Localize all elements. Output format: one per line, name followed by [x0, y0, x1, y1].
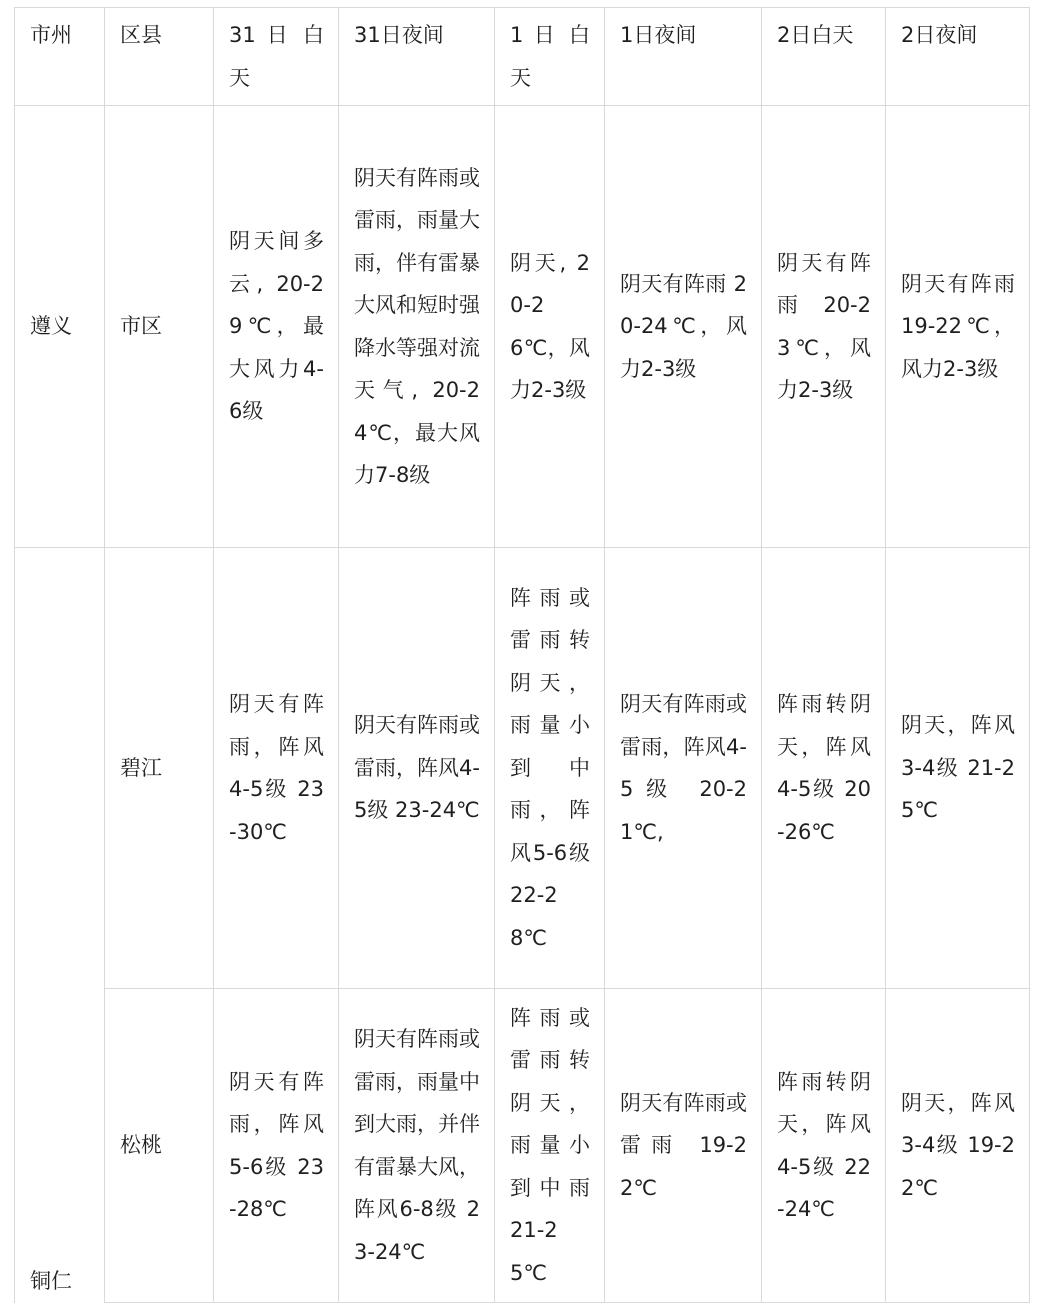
county-cell: 碧江 [105, 548, 214, 989]
city-cell: 遵义 [15, 106, 105, 548]
header-2-night: 2日夜间 [886, 8, 1030, 106]
forecast-2-day: 阴天有阵雨 20-23℃，风力2-3级 [762, 106, 886, 548]
header-2-day: 2日白天 [762, 8, 886, 106]
forecast-2-day: 阵雨转阴天，阵风4-5级 20-26℃ [762, 548, 886, 989]
table-header-row: 市州 区县 31 日 白天 31日夜间 1 日 白天 1日夜间 2日白天 2日夜… [15, 8, 1030, 106]
forecast-1-night: 阴天有阵雨或雷雨 19-22℃ [605, 989, 762, 1303]
header-31-day: 31 日 白天 [214, 8, 339, 106]
header-31-night: 31日夜间 [339, 8, 495, 106]
forecast-1-night: 阴天有阵雨或雷雨，阵风4-5级 20-21℃, [605, 548, 762, 989]
header-county: 区县 [105, 8, 214, 106]
forecast-2-night: 阴天有阵雨 19-22℃，风力2-3级 [886, 106, 1030, 548]
forecast-2-day: 阵雨转阴天，阵风4-5级 22-24℃ [762, 989, 886, 1303]
forecast-1-day: 阴天, 20-26℃，风力2-3级 [495, 106, 605, 548]
table-row: 铜仁 碧江 阴天有阵雨，阵风4-5级 23-30℃ 阴天有阵雨或雷雨，阵风4-5… [15, 548, 1030, 989]
weather-forecast-table: 市州 区县 31 日 白天 31日夜间 1 日 白天 1日夜间 2日白天 2日夜… [14, 7, 1030, 1303]
forecast-2-night: 阴天，阵风3-4级 19-22℃ [886, 989, 1030, 1303]
forecast-31-day: 阴天有阵雨，阵风4-5级 23-30℃ [214, 548, 339, 989]
table-row: 遵义 市区 阴天间多云, 20-29℃，最大风力4-6级 阴天有阵雨或雷雨，雨量… [15, 106, 1030, 548]
forecast-table-container: 市州 区县 31 日 白天 31日夜间 1 日 白天 1日夜间 2日白天 2日夜… [14, 7, 1029, 1303]
table-row: 松桃 阴天有阵雨，阵风5-6级 23-28℃ 阴天有阵雨或雷雨，雨量中到大雨，并… [15, 989, 1030, 1303]
forecast-31-night: 阴天有阵雨或雷雨，雨量大雨，伴有雷暴大风和短时强降水等强对流天气, 20-24℃… [339, 106, 495, 548]
forecast-1-day: 阵雨或雷雨转阴天，雨量小到中雨 21-25℃ [495, 989, 605, 1303]
header-1-day: 1 日 白天 [495, 8, 605, 106]
header-1-night: 1日夜间 [605, 8, 762, 106]
forecast-31-day: 阴天有阵雨，阵风5-6级 23-28℃ [214, 989, 339, 1303]
county-cell: 市区 [105, 106, 214, 548]
forecast-1-day: 阵雨或雷雨转阴天，雨量小到中雨，阵风5-6级 22-28℃ [495, 548, 605, 989]
forecast-31-night: 阴天有阵雨或雷雨，雨量中到大雨，并伴有雷暴大风，阵风6-8级 23-24℃ [339, 989, 495, 1303]
county-cell: 松桃 [105, 989, 214, 1303]
forecast-31-day: 阴天间多云, 20-29℃，最大风力4-6级 [214, 106, 339, 548]
city-cell: 铜仁 [15, 548, 105, 1303]
forecast-2-night: 阴天，阵风3-4级 21-25℃ [886, 548, 1030, 989]
forecast-1-night: 阴天有阵雨 20-24℃，风力2-3级 [605, 106, 762, 548]
forecast-31-night: 阴天有阵雨或雷雨，阵风4-5级 23-24℃ [339, 548, 495, 989]
header-city: 市州 [15, 8, 105, 106]
